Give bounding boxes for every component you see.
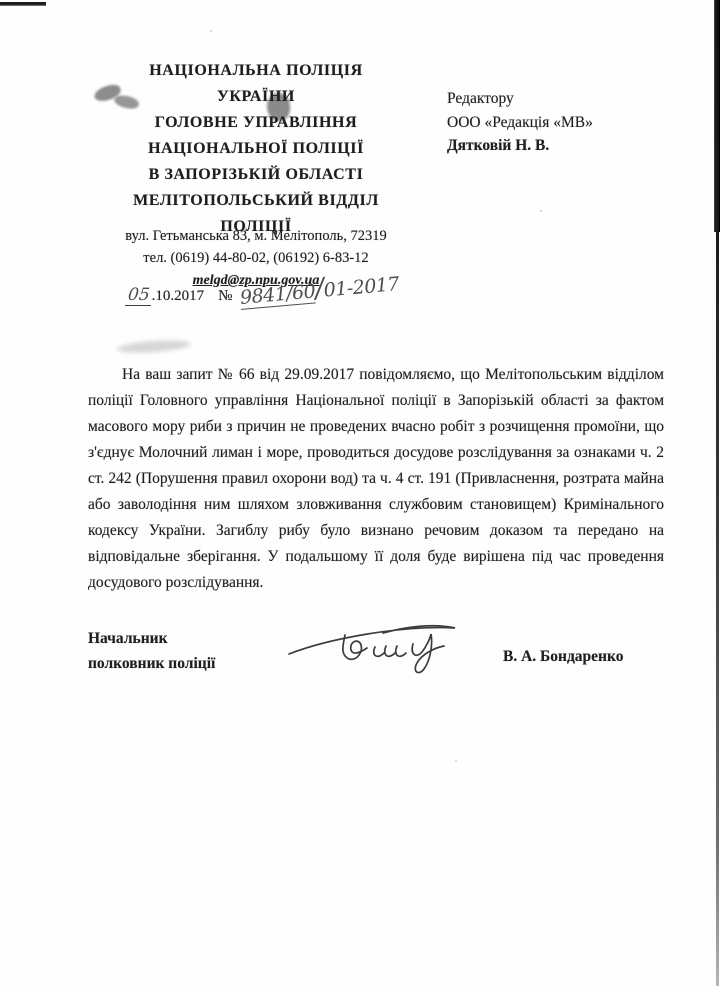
address-line: вул. Гетьманська 83, м. Мелітополь, 7231… (88, 225, 424, 247)
scan-speck (210, 30, 212, 32)
scan-edge-top-left (0, 2, 46, 6)
scan-speck (455, 760, 457, 762)
signer-title-line: полковник поліції (88, 651, 215, 676)
recipient-block: Редактору ООО «Редакція «МВ» Дятковій Н.… (447, 87, 593, 158)
number-symbol: № (218, 288, 232, 305)
letter-body-paragraph: На ваш запит № 66 від 29.09.2017 повідом… (88, 362, 664, 596)
handwritten-signature (283, 602, 483, 682)
signer-title-line: Начальник (88, 626, 215, 651)
org-name-line: НАЦІОНАЛЬНА ПОЛІЦІЯ (88, 58, 424, 84)
signer-title: Начальник полковник поліції (88, 626, 215, 676)
signer-name: В. А. Бондаренко (503, 648, 623, 666)
handwritten-day: 05 (125, 285, 153, 306)
recipient-org: ООО «Редакція «МВ» (447, 111, 593, 135)
org-name-line: МЕЛІТОПОЛЬСЬКИЙ ВІДДІЛ (88, 188, 424, 214)
scanned-letter-page: НАЦІОНАЛЬНА ПОЛІЦІЯ УКРАЇНИ ГОЛОВНЕ УПРА… (0, 0, 720, 990)
faint-smudge (117, 338, 192, 354)
scan-speck (540, 210, 542, 212)
org-name-line: НАЦІОНАЛЬНОЇ ПОЛІЦІЇ (88, 136, 424, 162)
phone-line: тел. (0619) 44-80-02, (06192) 6-83-12 (88, 247, 424, 269)
recipient-role: Редактору (447, 87, 593, 111)
org-name-line: В ЗАПОРІЗЬКІЙ ОБЛАСТІ (88, 162, 424, 188)
recipient-name: Дятковій Н. В. (447, 134, 593, 158)
date-number-row: 05 .10.2017 № 9841/60/01-2017 (126, 283, 400, 306)
org-name-line: ГОЛОВНЕ УПРАВЛІННЯ (88, 110, 424, 136)
letterhead: НАЦІОНАЛЬНА ПОЛІЦІЯ УКРАЇНИ ГОЛОВНЕ УПРА… (88, 58, 424, 240)
printed-date: .10.2017 (152, 288, 205, 305)
org-name-line: УКРАЇНИ (88, 84, 424, 110)
scan-edge-right-line (716, 0, 719, 986)
